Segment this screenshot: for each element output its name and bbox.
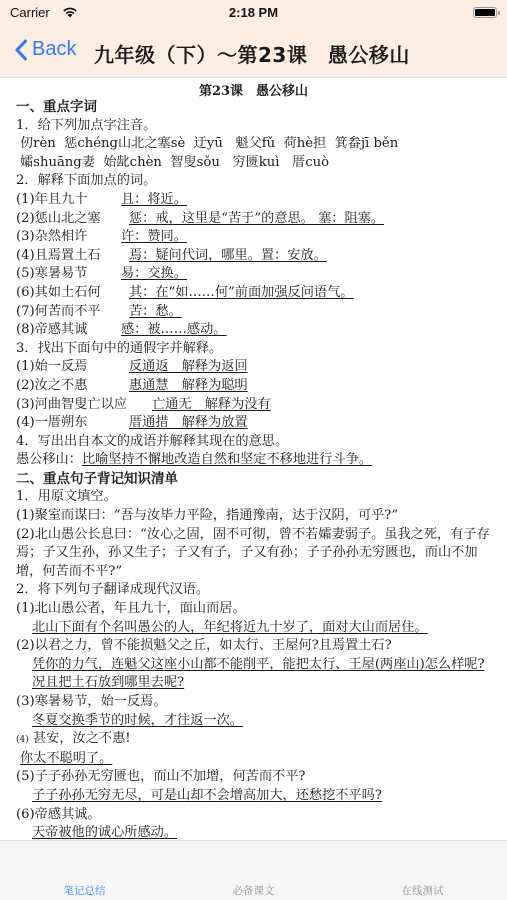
- word-item: (1)年且九十且：将近。: [16, 191, 491, 210]
- word-item: (7)何苦而不平苦：愁。: [16, 303, 491, 322]
- word-item: (5)寒暑易节易：交换。: [16, 265, 491, 284]
- translate-answer: 你太不聪明了。: [16, 750, 491, 769]
- question-prompt: 1．用原文填空。: [16, 488, 491, 507]
- word-item: (4)且焉置土石焉：疑问代词，哪里。置：安放。: [16, 247, 491, 266]
- back-label: Back: [32, 38, 76, 61]
- word-item: (8)帝感其诚感：被……感动。: [16, 321, 491, 340]
- pinyin-row: 孀shuāng妻 始龀chèn 智叟sǒu 穷匮kuì 厝cuò: [16, 154, 491, 173]
- tab-bar: 笔记总结 必备课文 在线测试: [0, 840, 507, 900]
- word-item: (2)惩山北之塞惩：戒，这里是“苦于”的意思。 塞：阻塞。: [16, 210, 491, 229]
- chevron-left-icon: [14, 39, 28, 61]
- translate-question: (6)帝感其诚。: [16, 806, 491, 825]
- word-item: (6)其如土石何其：在“如……何”前面加强反问语气。: [16, 284, 491, 303]
- navigation-bar: Back 九年级（下）～第23课 愚公移山: [0, 30, 507, 74]
- translate-answer: 子子孙孙无穷无尽，可是山却不会增高加大，还愁挖不平吗?: [16, 787, 491, 806]
- translate-question: (3)寒暑易节，始一反焉。: [16, 693, 491, 712]
- idiom-item: 愚公移山：比喻坚持不懈地改造自然和坚定不移地进行斗争。: [16, 451, 491, 470]
- status-bar: Carrier 2:18 PM: [0, 0, 507, 26]
- tongjia-item: (1)始一反焉反通返 解释为返回: [16, 358, 491, 377]
- question-prompt: 3．找出下面句中的通假字并解释。: [16, 340, 491, 359]
- translate-answer: 凭你的力气，连魁父这座小山都不能削平，能把太行、王屋(两座山)怎么样呢?况且把土…: [16, 656, 491, 693]
- document-title: 第23课 愚公移山: [16, 80, 491, 98]
- question-prompt: 1．给下列加点字注音。: [16, 117, 491, 136]
- section-heading: 一、重点字词: [16, 98, 491, 117]
- translate-question: (5)子子孙孙无穷匮也，而山不加增，何苦而不平?: [16, 768, 491, 787]
- top-bar: Carrier 2:18 PM Back 九年级（下）～第23课 愚公移山: [0, 0, 507, 78]
- question-prompt: 2．解释下面加点的词。: [16, 172, 491, 191]
- back-button[interactable]: Back: [14, 38, 76, 61]
- translate-question: (4) 甚安，汝之不惠!: [16, 730, 491, 750]
- section-heading: 二、重点句子背记知识清单: [16, 470, 491, 489]
- translate-answer: 北山下面有个名叫愚公的人，年纪将近九十岁了，面对大山而居住。: [16, 619, 491, 638]
- fill-item: (1)聚室而谋曰：“吾与汝毕力平险，指通豫南，达于汉阴，可乎?”: [16, 507, 491, 526]
- question-prompt: 4．写出出自本文的成语并解释其现在的意思。: [16, 433, 491, 452]
- fill-item: (2)北山愚公长息曰：“汝心之固，固不可彻，曾不若孀妻弱子。虽我之死，有子存焉；…: [16, 526, 491, 582]
- pinyin-row: 仞rèn 惩chéng山北之塞sè 迂yū 魁父fǔ 荷hè担 箕畚jī běn: [16, 135, 491, 154]
- tab-required-texts[interactable]: 必备课文: [169, 841, 338, 900]
- translate-question: (1)北山愚公者，年且九十，面山而居。: [16, 600, 491, 619]
- page-title: 九年级（下）～第23课 愚公移山: [94, 39, 410, 68]
- question-prompt: 2．将下列句子翻译成现代汉语。: [16, 581, 491, 600]
- tab-notes-summary[interactable]: 笔记总结: [0, 841, 169, 900]
- translate-question: (2)以君之力，曾不能损魁父之丘，如太行、王屋何?且焉置土石?: [16, 637, 491, 656]
- word-item: (3)杂然相许许：赞同。: [16, 228, 491, 247]
- notes-document[interactable]: 第23课 愚公移山 一、重点字词 1．给下列加点字注音。 仞rèn 惩chéng…: [0, 79, 507, 840]
- status-time: 2:18 PM: [0, 5, 507, 20]
- tongjia-item: (3)河曲智叟亡以应亡通无 解释为没有: [16, 396, 491, 415]
- tongjia-item: (4)一厝朔东厝通措 解释为放置: [16, 414, 491, 433]
- translate-answer: 冬夏交换季节的时候，才往返一次。: [16, 712, 491, 731]
- tab-online-test[interactable]: 在线测试: [338, 841, 507, 900]
- battery-icon: [473, 7, 497, 18]
- translate-answer: 天帝被他的诚心所感动。: [16, 824, 491, 840]
- tongjia-item: (2)汝之不惠惠通慧 解释为聪明: [16, 377, 491, 396]
